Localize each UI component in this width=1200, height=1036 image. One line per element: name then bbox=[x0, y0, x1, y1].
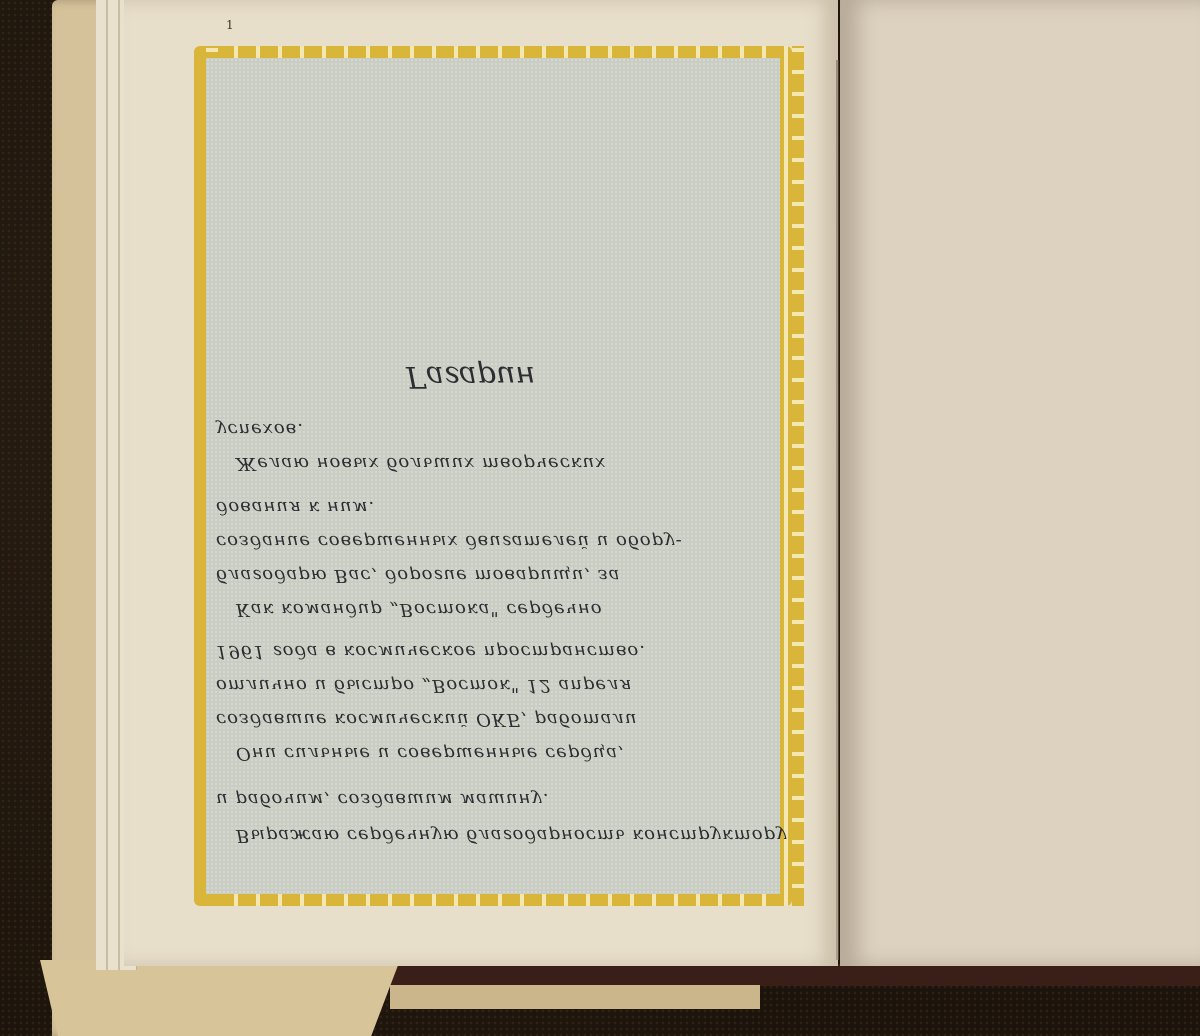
note-line: отлично и быстро „Восток" 12 апреля bbox=[216, 675, 632, 696]
book-gutter bbox=[836, 60, 839, 960]
note-line: Они сильные и совершенные сердца, bbox=[236, 743, 625, 764]
note-line: 1961 года в космическое пространство. bbox=[216, 641, 646, 662]
note-line: создавшие космический ОКБ, работали bbox=[216, 709, 637, 730]
note-line: и рабочим, создавшим машину. bbox=[216, 789, 550, 810]
note-line: Выражаю сердечную благодарность конструк… bbox=[236, 825, 788, 846]
cover-torn-strip bbox=[390, 985, 760, 1009]
signature: Гагарин bbox=[406, 359, 535, 394]
note-line: благодарю Вас, дорогие товарищи, за bbox=[216, 565, 620, 586]
handwritten-note: Выражаю сердечную благодарность конструк… bbox=[206, 58, 780, 894]
right-page-blank bbox=[840, 0, 1200, 966]
page-number: 1 bbox=[226, 18, 234, 32]
album-bottom-edge bbox=[380, 964, 1200, 986]
cover-torn-corner bbox=[40, 960, 400, 1036]
note-line: создание совершенных двигателей и обору- bbox=[216, 531, 683, 552]
note-line: Как командир „Востока" сердечно bbox=[236, 599, 603, 620]
note-line: успехов. bbox=[216, 419, 304, 440]
note-line: дования к ним. bbox=[216, 497, 375, 518]
note-line: Желаю новых больших творческих bbox=[236, 453, 606, 474]
